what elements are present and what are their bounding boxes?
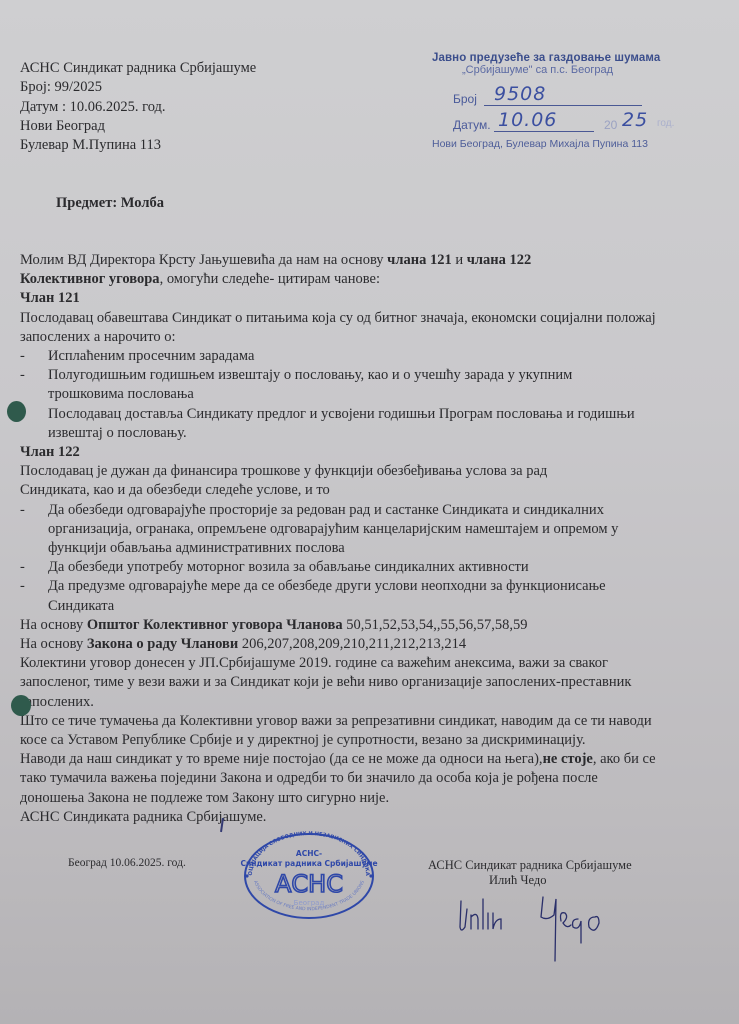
article-122-heading: Члан 122 <box>20 443 720 462</box>
handwritten-signature <box>455 893 615 968</box>
receipt-number-label: Број <box>453 92 477 106</box>
intro-text: Молим ВД Директора Крсту Јањушевића да н… <box>20 252 387 268</box>
article-122-item: -Да предузме одговарајуће мере да се обе… <box>20 577 668 615</box>
seal-stamp-icon: АСОЦИЈАЦИЈА СЛОБОДНИХ И НЕЗАВИСНИХ СИНДИ… <box>240 829 378 919</box>
sender-block: АСНС Синдикат радника Србијашуме Број: 9… <box>20 59 256 155</box>
bullet-dash: - <box>20 558 25 577</box>
receipt-date-line <box>494 131 594 132</box>
receipt-year-suffix: год. <box>657 118 674 129</box>
receipt-date-row: Датум. 10.06 20 25 год. <box>432 112 739 132</box>
receipt-year-value: 25 <box>622 109 648 131</box>
intro-paragraph: Молим ВД Директора Крсту Јањушевића да н… <box>20 251 720 289</box>
article-122-item: -Да обезбеди употребу моторног возила за… <box>20 558 668 577</box>
union-seal: АСОЦИЈАЦИЈА СЛОБОДНИХ И НЕЗАВИСНИХ СИНДИ… <box>240 829 378 919</box>
receipt-number-value: 9508 <box>494 83 546 105</box>
receipt-date-value: 10.06 <box>498 109 557 131</box>
svg-text:АСНС-: АСНС- <box>296 849 322 858</box>
receipt-number-row: Број 9508 <box>432 86 739 106</box>
article-122-item: -Да обезбеди одговарајуће просторије за … <box>20 501 668 559</box>
receipt-stamp-org-sub: „Србијашуме" са п.с. Београд <box>462 64 739 76</box>
intro-article-121: члана 121 <box>387 252 452 268</box>
article-121-text: Послодавац обавештава Синдикат о питањим… <box>20 309 710 347</box>
article-121-heading: Члан 121 <box>20 289 720 308</box>
bullet-dash: - <box>20 501 25 520</box>
sender-org: АСНС Синдикат радника Србијашуме <box>20 59 256 78</box>
signature-place-date: Београд 10.06.2025. год. <box>68 857 186 869</box>
basis-labor-law: На основу Закона о раду Чланови 206,207,… <box>20 635 720 654</box>
sender-number: Број: 99/2025 <box>20 78 256 97</box>
receipt-date-label: Датум. <box>453 118 491 132</box>
sender-date: Датум : 10.06.2025. год. <box>20 98 256 117</box>
paragraph-claims: Наводи да наш синдикат у то време није п… <box>20 750 665 808</box>
paragraph-interpretation: Што се тиче тумачења да Колективни угово… <box>20 712 670 750</box>
subject-line: Предмет: Молба <box>56 195 164 212</box>
bullet-dash: - <box>20 347 25 366</box>
letter-body: Молим ВД Директора Крсту Јањушевића да н… <box>20 251 720 827</box>
document-page: АСНС Синдикат радника Србијашуме Број: 9… <box>0 0 739 1024</box>
receipt-stamp-address: Нови Београд, Булевар Михајла Пупина 113 <box>432 138 739 150</box>
article-121-item: -Послодавац доставља Синдикату предлог и… <box>20 405 648 443</box>
receipt-year-prefix: 20 <box>604 118 617 132</box>
signature-icon <box>455 893 615 963</box>
intro-collective-agreement: Колективног уговора <box>20 271 160 287</box>
intro-text-end: , омогући следеће- цитирам чанове: <box>160 271 380 287</box>
article-121-item: -Полугодишњим годишњем извештају о посло… <box>20 366 638 404</box>
svg-text:Београд: Београд <box>294 899 325 907</box>
signatory-org: АСНС Синдикат радника Србијашуме <box>428 858 632 873</box>
svg-text:Синдикат радника Србијашуме: Синдикат радника Србијашуме <box>240 859 377 868</box>
basis-general-agreement: На основу Општог Колективног уговора Чла… <box>20 616 720 635</box>
punch-hole-mark <box>7 401 26 422</box>
closing-line: АСНС Синдиката радника Србијашуме. <box>20 808 720 827</box>
intro-and: и <box>452 252 467 268</box>
svg-text:АСНС: АСНС <box>275 870 343 898</box>
receipt-number-line <box>484 105 642 106</box>
receipt-stamp: Јавно предузеће за газдовање шумама „Срб… <box>432 52 739 150</box>
punch-hole-mark <box>11 695 31 716</box>
receipt-stamp-org: Јавно предузеће за газдовање шумама <box>432 52 739 64</box>
sender-city: Нови Београд <box>20 117 256 136</box>
intro-article-122: члана 122 <box>467 252 532 268</box>
article-121-item: -Исплаћеним просечним зарадама <box>20 347 608 366</box>
signatory-name: Илић Чедо <box>489 873 632 888</box>
sender-address: Булевар М.Пупина 113 <box>20 136 256 155</box>
signatory-block: АСНС Синдикат радника Србијашуме Илић Че… <box>428 858 632 888</box>
paragraph-collective-agreement: Колектини уговор донесен у ЈП.Србијашуме… <box>20 654 660 712</box>
bullet-dash: - <box>20 366 25 385</box>
article-122-text: Послодавац је дужан да финансира трошков… <box>20 462 585 500</box>
bullet-dash: - <box>20 577 25 596</box>
